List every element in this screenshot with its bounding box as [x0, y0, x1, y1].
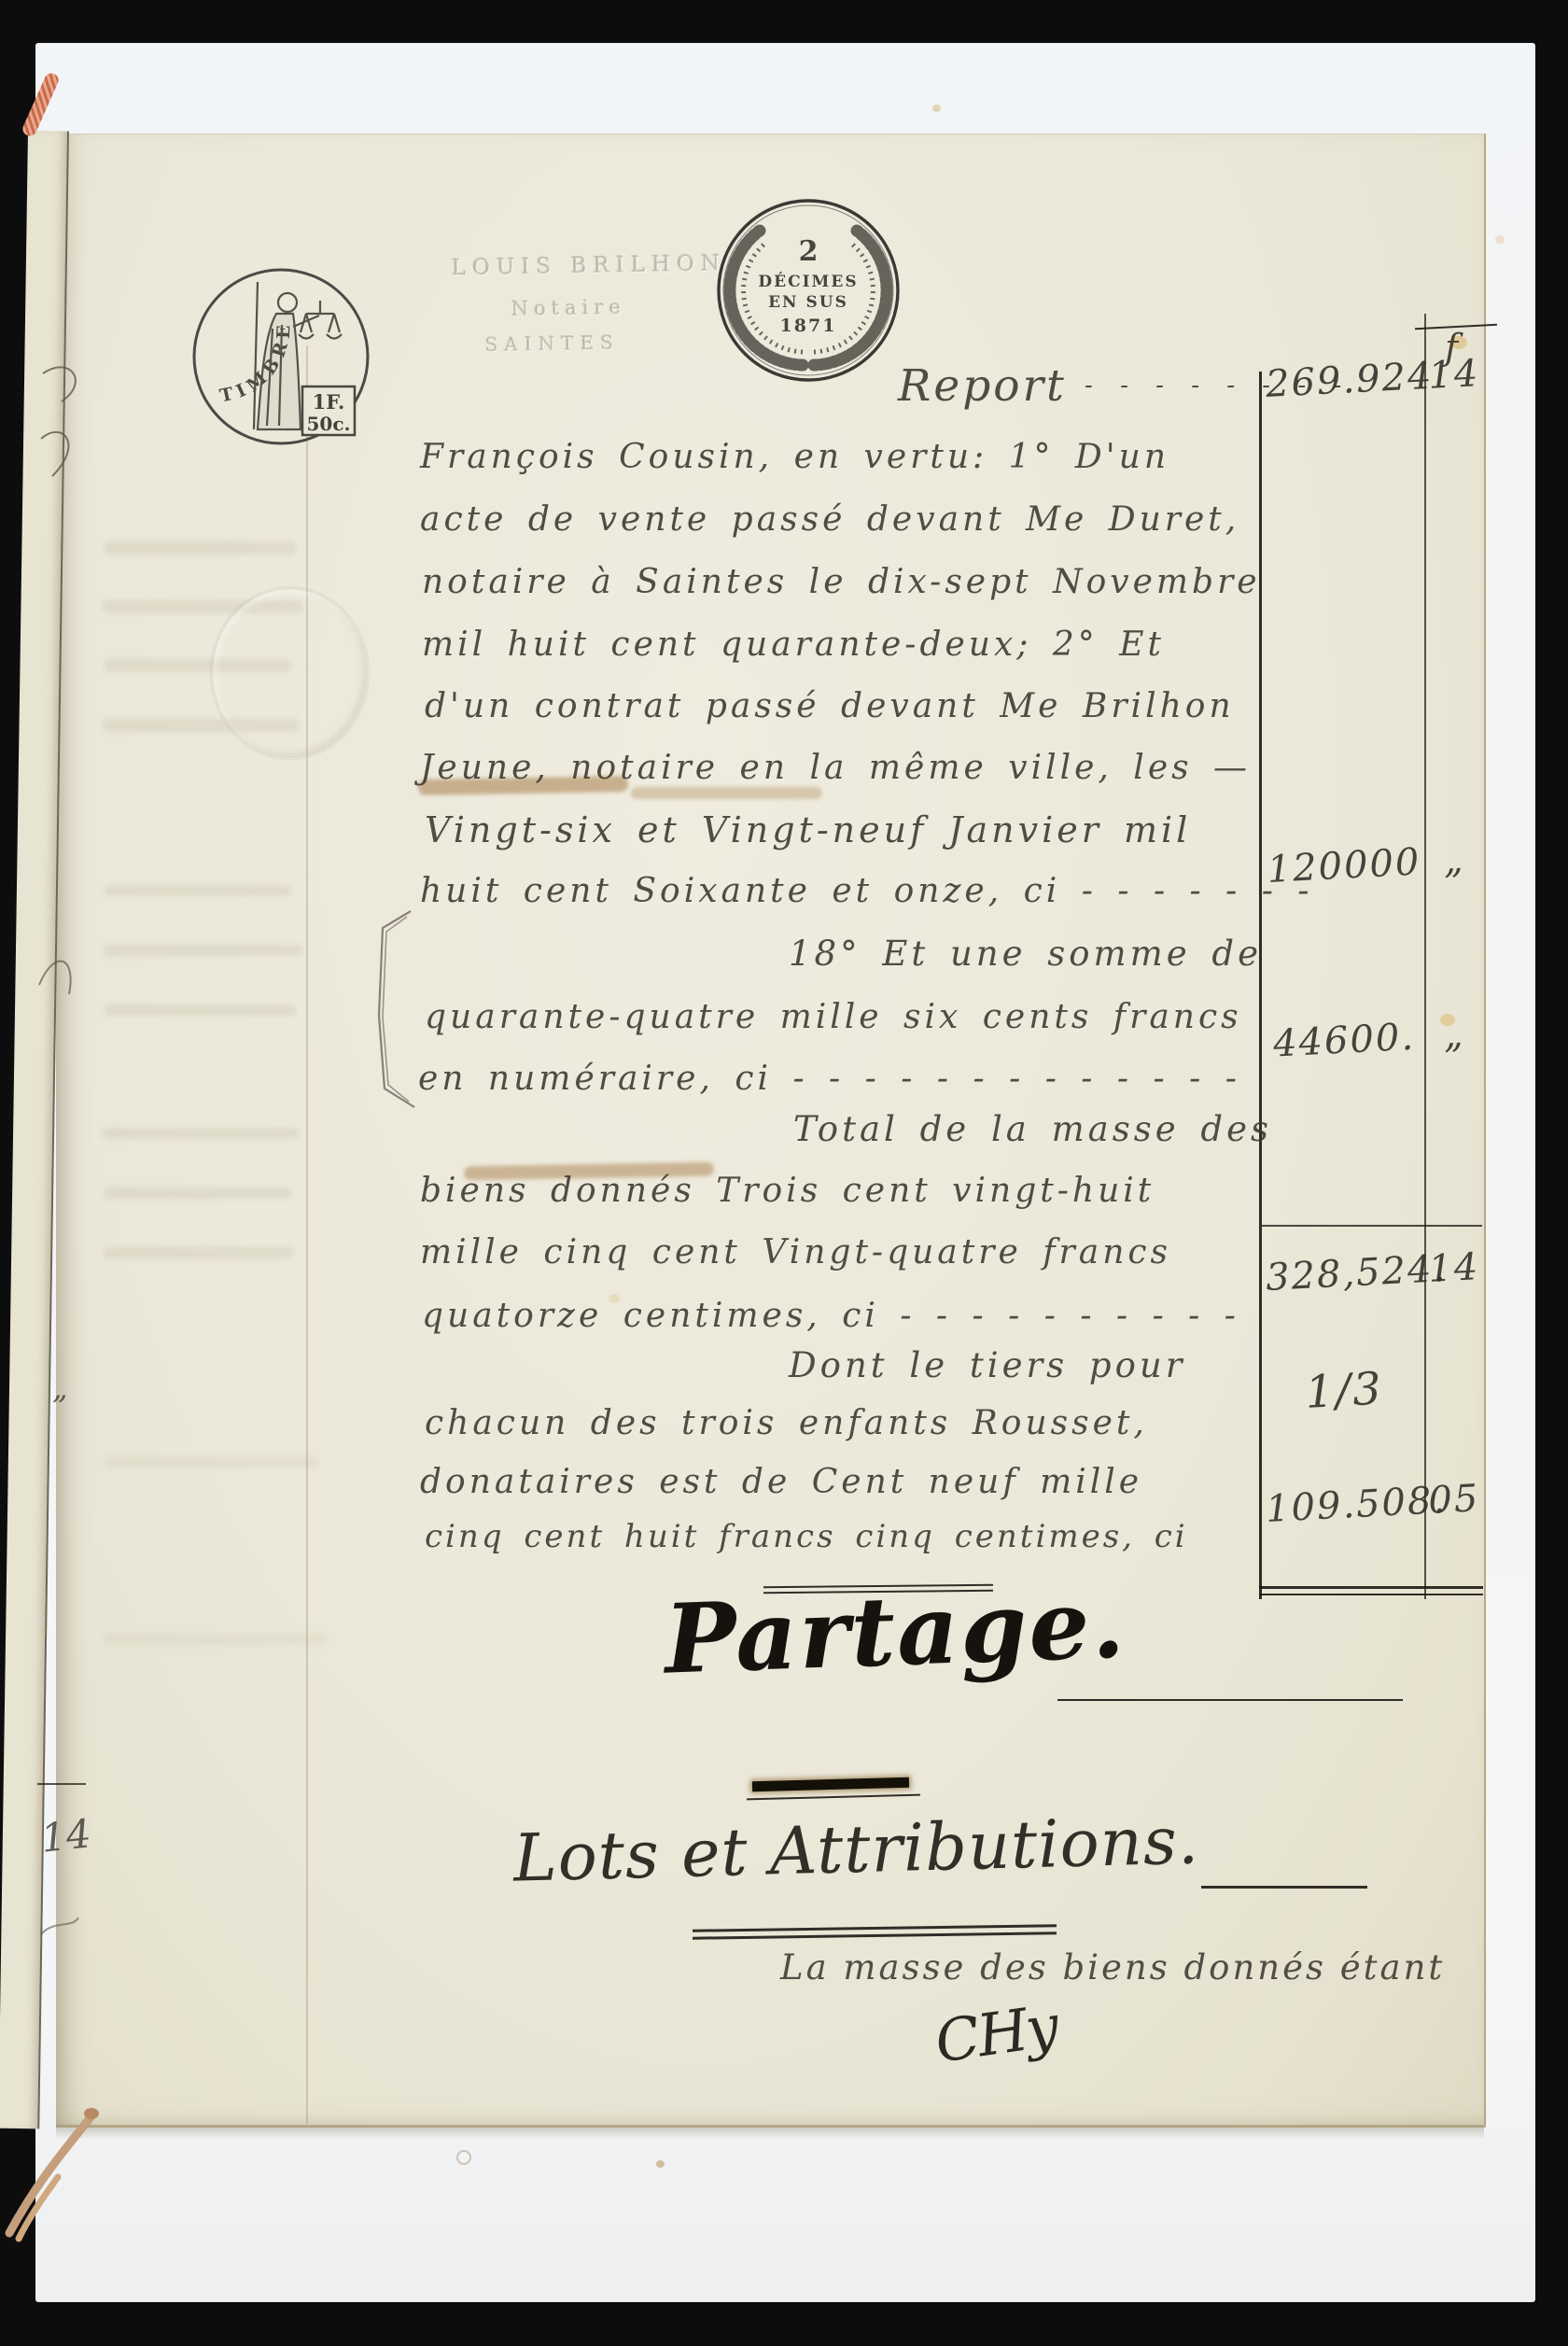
handwritten-line: d'un contrat passé devant Me Brilhon	[425, 688, 1235, 725]
bleedthrough-line	[105, 1004, 296, 1016]
decimes-value: 2	[799, 235, 819, 268]
previous-page-number: 14	[39, 1810, 93, 1861]
amount-francs: 269.924	[1265, 355, 1423, 406]
foxing-spot	[656, 2160, 665, 2168]
decimes-year: 1871	[780, 316, 837, 336]
margin-fragment-curl	[34, 355, 93, 495]
handwritten-line: quatorze centimes, ci - - - - - - - - - …	[422, 1298, 1239, 1335]
handwritten-line: cinq cent huit francs cinq centimes, ci	[425, 1520, 1188, 1554]
bleedthrough-line	[103, 945, 303, 956]
foxing-spot	[932, 105, 941, 112]
partage-title: Partage.	[663, 1567, 1128, 1695]
decimes-word2: EN SUS	[768, 293, 848, 312]
amount-centimes: 14	[1427, 1245, 1481, 1291]
timbre-value-top: 1F.	[313, 390, 345, 414]
handwritten-line: mille cinq cent Vingt-quatre francs	[420, 1234, 1171, 1271]
bleedthrough-line	[105, 1456, 319, 1468]
timbre-value-box: 1F. 50c.	[302, 386, 355, 435]
margin-fragment-curl	[35, 1912, 84, 1944]
embossed-notary-title: Notaire	[511, 296, 627, 320]
bleedthrough-line	[103, 1247, 294, 1258]
page-bottom-shadow	[56, 2125, 1484, 2140]
ink-smear	[631, 787, 822, 799]
decimes-round-stamp: 2 DÉCIMES EN SUS 1871	[709, 191, 907, 389]
handwritten-line: chacun des trois enfants Rousset,	[425, 1405, 1148, 1442]
partage-trailing-line	[1057, 1699, 1403, 1701]
report-label: Report	[898, 360, 1067, 412]
scanned-notarial-document: LOUIS BRILHON Notaire SAINTES TIMBRE 1F.…	[0, 0, 1568, 2346]
amount-francs: 328,524.	[1265, 1248, 1423, 1299]
total-box-bottom-line	[1259, 1586, 1483, 1589]
handwritten-line: quarante-quatre mille six cents francs	[425, 999, 1242, 1036]
amount-centimes: 05	[1427, 1477, 1481, 1523]
amount-francs: 120000	[1265, 840, 1423, 892]
margin-bracket	[357, 904, 424, 1115]
closing-line: La masse des biens donnés étant	[780, 1947, 1445, 1988]
amount-centimes: „	[1427, 837, 1481, 883]
decimes-word1: DÉCIMES	[758, 272, 858, 291]
handwritten-line: 18° Et une somme de	[789, 935, 1262, 974]
bleedthrough-line	[103, 1128, 299, 1139]
handwritten-line: François Cousin, en vertu: 1° D'un	[420, 439, 1169, 476]
foxing-spot	[456, 2150, 471, 2165]
margin-line-fragment	[37, 1783, 86, 1785]
bleedthrough-line	[105, 885, 291, 896]
embossed-seal	[210, 586, 370, 760]
amount-centimes: 14	[1427, 352, 1481, 398]
handwritten-line: biens donnés Trois cent vingt-huit	[420, 1173, 1155, 1210]
handwritten-line: Total de la masse des	[793, 1111, 1272, 1149]
handwritten-line: Jeune, notaire en la même ville, les —	[420, 750, 1251, 787]
total-box-bottom-line2	[1259, 1594, 1483, 1595]
foxing-spot	[1495, 235, 1505, 244]
handwritten-line: mil huit cent quarante-deux; 2° Et	[422, 626, 1165, 664]
timbre-value-bottom: 50c.	[307, 413, 351, 435]
handwritten-line: donataires est de Cent neuf mille	[420, 1464, 1142, 1501]
total-box-top-line	[1262, 1225, 1482, 1227]
timbre-revenue-stamp: TIMBRE 1F. 50c.	[183, 254, 379, 459]
handwritten-line: acte de vente passé devant Me Duret,	[420, 501, 1239, 539]
embossed-notary-name: LOUIS BRILHON	[452, 251, 727, 280]
amount-fraction: 1/3	[1265, 1360, 1424, 1421]
margin-quote-mark: „	[52, 1370, 68, 1406]
bleedthrough-line	[105, 1187, 291, 1199]
bleedthrough-line	[105, 541, 296, 555]
handwritten-line: en numéraire, ci - - - - - - - - - - - -…	[418, 1061, 1240, 1098]
handwritten-line: notaire à Saintes le dix-sept Novembre	[422, 564, 1261, 601]
handwritten-line: huit cent Soixante et onze, ci - - - - -…	[420, 873, 1313, 910]
bleedthrough-line	[103, 1634, 327, 1645]
amount-column-rule	[1259, 372, 1262, 1599]
handwritten-line: Vingt-six et Vingt-neuf Janvier mil	[425, 811, 1191, 850]
amount-francs: 109.508.	[1265, 1480, 1423, 1531]
binding-thread-bottom	[0, 2091, 215, 2306]
embossed-notary-city: SAINTES	[485, 331, 621, 357]
amount-centimes: „	[1427, 1012, 1481, 1058]
handwritten-line: Dont le tiers pour	[789, 1347, 1185, 1385]
lots-trailing-line	[1201, 1886, 1367, 1889]
amount-francs: 44600.	[1265, 1015, 1423, 1066]
margin-fragment-curl	[32, 929, 88, 1004]
